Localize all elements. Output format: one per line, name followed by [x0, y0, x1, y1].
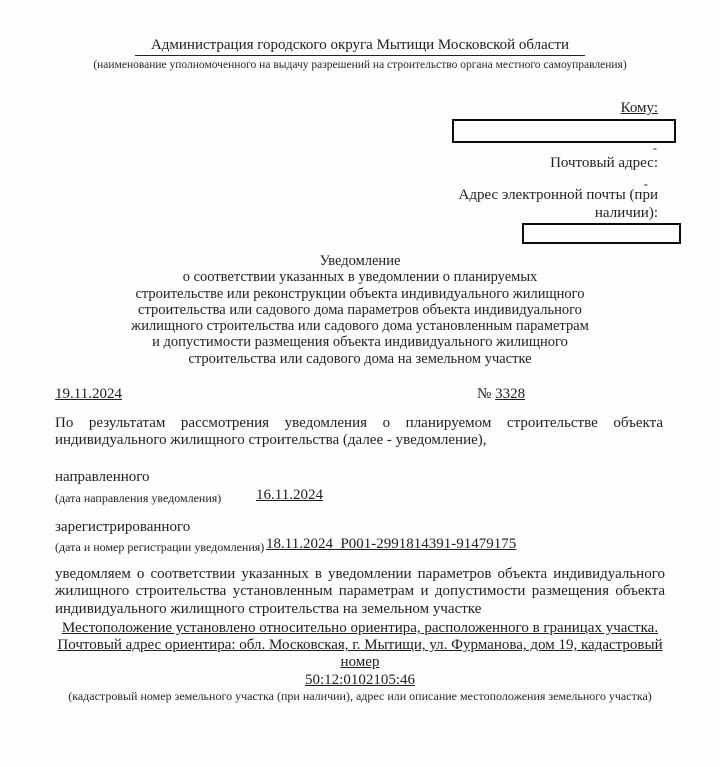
result-paragraph: уведомляем о соответствии указанных в ув…: [55, 566, 665, 618]
registration-caption: (дата и номер регистрации уведомления): [55, 540, 264, 555]
title-line-5: жилищного строительства или садового дом…: [0, 318, 720, 334]
title-line-3: строительстве или реконструкции объекта …: [0, 286, 720, 302]
cadastral-caption: (кадастровый номер земельного участка (п…: [0, 689, 720, 704]
recipient-redaction-box: [452, 119, 676, 143]
title-line-4: строительства или садового дома параметр…: [0, 302, 720, 318]
title-line-2: о соответствии указанных в уведомлении о…: [0, 269, 720, 285]
sent-date-caption: (дата направления уведомления): [55, 491, 221, 506]
registered-label: зарегистрированного: [55, 519, 190, 536]
sent-label: направленного: [55, 469, 150, 486]
registration-value: 18.11.2024 P001-2991814391-91479175: [266, 536, 516, 553]
intro-paragraph: По результатам рассмотрения уведомления …: [55, 415, 663, 450]
cadastral-number: 50:12:0102105:46: [40, 672, 680, 689]
location-line-2: Почтовый адрес ориентира: обл. Московска…: [40, 637, 680, 654]
email-redaction-box: [522, 223, 681, 244]
recipient-dash-1: -: [653, 140, 657, 156]
document-number: № 3328: [477, 386, 525, 403]
email-address-label: Адрес электронной почты (при наличии):: [450, 187, 658, 222]
location-line-3: номер: [40, 654, 680, 671]
org-caption: (наименование уполномоченного на выдачу …: [0, 59, 720, 71]
location-line-1: Местоположение установлено относительно …: [40, 620, 680, 637]
number-sign: №: [477, 386, 491, 402]
org-header: Администрация городского округа Мытищи М…: [0, 37, 720, 56]
title-line-1: Уведомление: [0, 253, 720, 269]
org-name: Администрация городского округа Мытищи М…: [135, 37, 585, 56]
document-title: Уведомление о соответствии указанных в у…: [0, 253, 720, 367]
number-value: 3328: [495, 386, 525, 402]
document-date: 19.11.2024: [55, 386, 122, 403]
location-block: Местоположение установлено относительно …: [40, 620, 680, 689]
title-line-7: строительства или садового дома на земел…: [0, 351, 720, 367]
recipient-to-label: Кому:: [621, 100, 658, 117]
sent-date-value: 16.11.2024: [252, 487, 327, 504]
title-line-6: и допустимости размещения объекта индиви…: [0, 334, 720, 350]
postal-address-label: Почтовый адрес:: [550, 155, 658, 172]
